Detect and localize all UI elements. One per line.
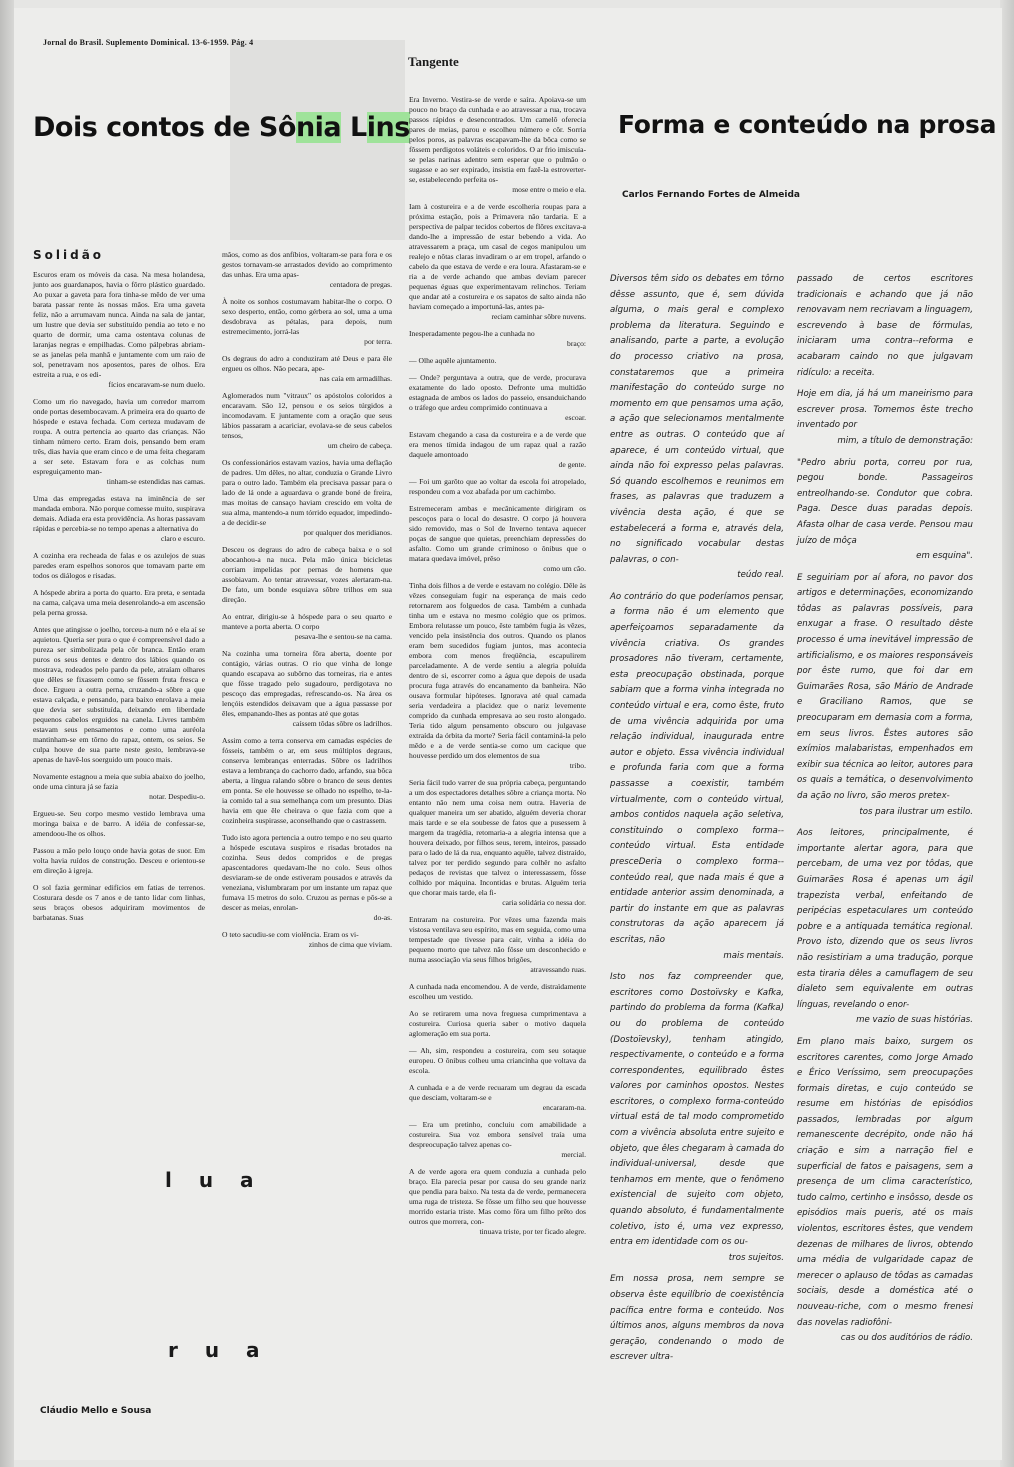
- running-head: Jornal do Brasil. Suplemento Dominical. …: [43, 38, 253, 47]
- paragraph: — Era um pretinho, concluiu com amabilid…: [409, 1120, 586, 1160]
- paragraph: Uma das empregadas estava na iminência d…: [33, 494, 205, 544]
- paragraph: A cozinha era recheada de falas e os azu…: [33, 551, 205, 581]
- paragraph: Desceu os degraus do adro de cabeça baix…: [222, 545, 392, 605]
- paragraph: O sol fazia germinar edifícios em fatias…: [33, 883, 205, 923]
- paragraph: E seguiriam por aí afora, no pavor dos a…: [797, 571, 973, 821]
- poem-line-rua: r u a: [168, 1338, 270, 1362]
- poem-line-lua: l u a: [165, 1168, 264, 1192]
- paragraph: — Onde? perguntava a outra, que de verde…: [409, 373, 586, 423]
- highlight: nia: [296, 112, 341, 143]
- essay-byline: Carlos Fernando Fortes de Almeida: [622, 190, 800, 200]
- paragraph: Novamente estagnou a meia que subia abai…: [33, 772, 205, 802]
- highlight: ins: [367, 112, 410, 143]
- paragraph: Tinha dois filhos a de verde e estavam n…: [409, 581, 586, 771]
- paragraph: À noite os sonhos costumavam habitar-lhe…: [222, 297, 392, 347]
- paragraph: Era Inverno. Vestira-se de verde e saíra…: [409, 95, 586, 195]
- paragraph: Os degraus do adro a conduziram até Deus…: [222, 354, 392, 384]
- paragraph: Antes que atingisse o joelho, torceu-a n…: [33, 625, 205, 765]
- paragraph: Entraram na costureira. Por vêzes uma fa…: [409, 915, 586, 975]
- essay-column-2: passado de certos escritores tradicionai…: [797, 272, 973, 1353]
- tangente-column: Era Inverno. Vestira-se de verde e saíra…: [409, 95, 586, 1244]
- paragraph: Ergueu-se. Seu corpo mesmo vestido lembr…: [33, 809, 205, 839]
- paragraph: Na cozinha uma torneira fôra aberta, doe…: [222, 649, 392, 729]
- essay-column-1: Diversos têm sido os debates em tôrno dê…: [610, 272, 784, 1372]
- paragraph: Estavam chegando a casa da costureira e …: [409, 430, 586, 470]
- scan-left-edge: [0, 0, 14, 1467]
- paragraph: Diversos têm sido os debates em tôrno dê…: [610, 272, 784, 584]
- paragraph: "Pedro abriu porta, correu por rua, pego…: [797, 456, 973, 565]
- paragraph: Em plano mais baixo, surgem os escritore…: [797, 1035, 973, 1347]
- paragraph: Inesperadamente pegou-lhe a cunhada nobr…: [409, 329, 586, 349]
- paragraph: Os confessionários estavam vazios, havia…: [222, 458, 392, 538]
- paragraph: Em nossa prosa, nem sempre se observa ês…: [610, 1272, 784, 1366]
- scan-right-edge: [1000, 0, 1014, 1467]
- paragraph: Tudo isto agora pertencia a outro tempo …: [222, 833, 392, 923]
- paragraph: A cunhada e a de verde recuaram um degra…: [409, 1083, 586, 1113]
- paragraph: — Ah, sim, respondeu a costureira, com s…: [409, 1046, 586, 1076]
- paragraph: A cunhada nada encomendou. A de verde, d…: [409, 982, 586, 1002]
- solidao-column-2: mãos, como as dos anfíbios, voltaram-se …: [222, 250, 392, 957]
- solidao-heading: Solidão: [33, 248, 104, 262]
- essay-title: Forma e conteúdo na prosa: [618, 110, 996, 139]
- paragraph: passado de certos escritores tradicionai…: [797, 272, 973, 381]
- paragraph: Seria fácil tudo varrer de sua própria c…: [409, 778, 586, 908]
- paragraph: Iam à costureira e a de verde escolheria…: [409, 202, 586, 322]
- paragraph: Assim como a terra conserva em camadas e…: [222, 736, 392, 826]
- paragraph: Passou a mão pelo louço onde havia gotas…: [33, 846, 205, 876]
- paragraph: Aglomerados num "vitraux" os apóstolos c…: [222, 391, 392, 451]
- story-title: Dois contos de Sônia Lins: [33, 112, 410, 143]
- paragraph: — Foi um garôto que ao voltar da escola …: [409, 477, 586, 497]
- paragraph: A de verde agora era quem conduzia a cun…: [409, 1167, 586, 1237]
- paragraph: — Olhe aquêle ajuntamento.: [409, 356, 586, 366]
- tangente-title: Tangente: [408, 54, 459, 70]
- paragraph: mãos, como as dos anfíbios, voltaram-se …: [222, 250, 392, 290]
- paragraph: O teto sacudiu-se com violência. Eram os…: [222, 930, 392, 950]
- paragraph: Estremeceram ambas e mecânicamente dirig…: [409, 504, 586, 574]
- paragraph: Isto nos faz compreender que, escritores…: [610, 970, 784, 1266]
- paragraph: Hoje em dia, já há um maneirismo para es…: [797, 387, 973, 449]
- paragraph: Ao se retirarem uma nova freguesa cumpri…: [409, 1009, 586, 1039]
- paragraph: Escuros eram os móveis da casa. Na mesa …: [33, 270, 205, 390]
- paragraph: A hóspede abrira a porta do quarto. Era …: [33, 588, 205, 618]
- poem-author: Cláudio Mello e Sousa: [40, 1406, 151, 1416]
- solidao-column-1: Escuros eram os móveis da casa. Na mesa …: [33, 270, 205, 930]
- paragraph: Ao contrário do que poderíamos pensar, a…: [610, 590, 784, 964]
- paragraph: Aos leitores, principalmente, é importan…: [797, 826, 973, 1029]
- paragraph: Ao entrar, dirigiu-se à hóspede para o s…: [222, 612, 392, 642]
- paragraph: Como um rio navegado, havia um corredor …: [33, 397, 205, 487]
